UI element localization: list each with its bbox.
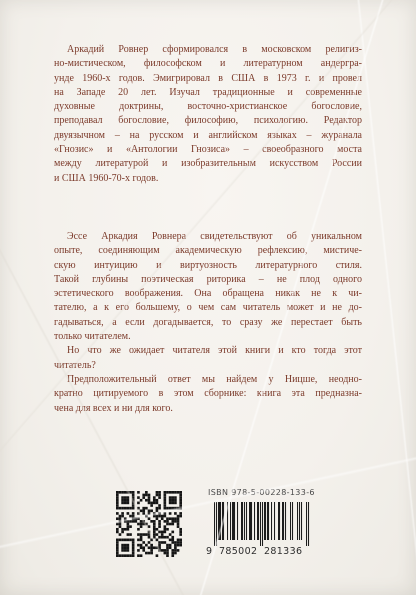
isbn-label: ISBN 978-5-00228-133-6 [208, 488, 315, 497]
blurb-text: Аркадий Ровнер сформировался в московско… [54, 43, 362, 416]
paragraph-line: эстетического воображения. Она обращена … [54, 287, 362, 301]
paragraph-line: опыте, соединяющим академическую рефлекс… [54, 244, 362, 258]
book-back-cover: Аркадий Ровнер сформировался в московско… [0, 0, 416, 595]
blurb-paragraph-essays: Эссе Аркадия Ровнера свидетельствуют об … [54, 230, 362, 344]
paragraph-line: чена для всех и ни для кого. [54, 402, 362, 416]
paragraph-line: «Гнозис» и «Антологии Гнозиса» – своеобр… [54, 143, 362, 157]
paragraph-line: Но что же ожидает читателя этой книги и … [54, 344, 362, 358]
qr-code [116, 491, 182, 557]
paragraph-line: Такой глубины поэтическая риторика – не … [54, 273, 362, 287]
paragraph-line: духовные доктрины, восточно-христианское… [54, 100, 362, 114]
paragraph-line: только читателем. [54, 330, 362, 344]
paragraph-line: читатель? [54, 359, 362, 373]
paragraph-line: унде 1960-х годов. Эмигрировал в США в 1… [54, 72, 362, 86]
paragraph-line: Аркадий Ровнер сформировался в московско… [54, 43, 362, 57]
paragraph-line: скую интуицию и виртуозность литературно… [54, 259, 362, 273]
paragraph-line: двуязычном – на русском и английском язы… [54, 129, 362, 143]
ean13-barcode: 9785002281336 [206, 501, 312, 557]
paragraph-line: преподавал богословие, философию, психол… [54, 114, 362, 128]
paragraph-line: кратно цитируемого в этом сборнике: книг… [54, 387, 362, 401]
paragraph-line: и США 1960-70-х годов. [54, 172, 362, 186]
paragraph-line: между литературой и изобразительным иску… [54, 157, 362, 171]
paragraph-line: гадываться, а если догадывается, то сраз… [54, 316, 362, 330]
svg-text:9: 9 [206, 546, 212, 557]
paragraph-line: Предположительный ответ мы найдем у Ницш… [54, 373, 362, 387]
blurb-paragraph-question: Но что же ожидает читателя этой книги и … [54, 344, 362, 373]
blurb-paragraph-bio: Аркадий Ровнер сформировался в московско… [54, 43, 362, 186]
svg-text:281336: 281336 [264, 546, 302, 557]
paragraph-line: на Западе 20 лет. Изучал традиционные и … [54, 86, 362, 100]
paragraph-line: Эссе Аркадия Ровнера свидетельствуют об … [54, 230, 362, 244]
blurb-paragraph-answer: Предположительный ответ мы найдем у Ницш… [54, 373, 362, 416]
paragraph-line: но-мистическом, философском и литературн… [54, 57, 362, 71]
svg-text:785002: 785002 [219, 546, 257, 557]
paragraph-line: тателю, а к его большему, о чем сам чита… [54, 301, 362, 315]
